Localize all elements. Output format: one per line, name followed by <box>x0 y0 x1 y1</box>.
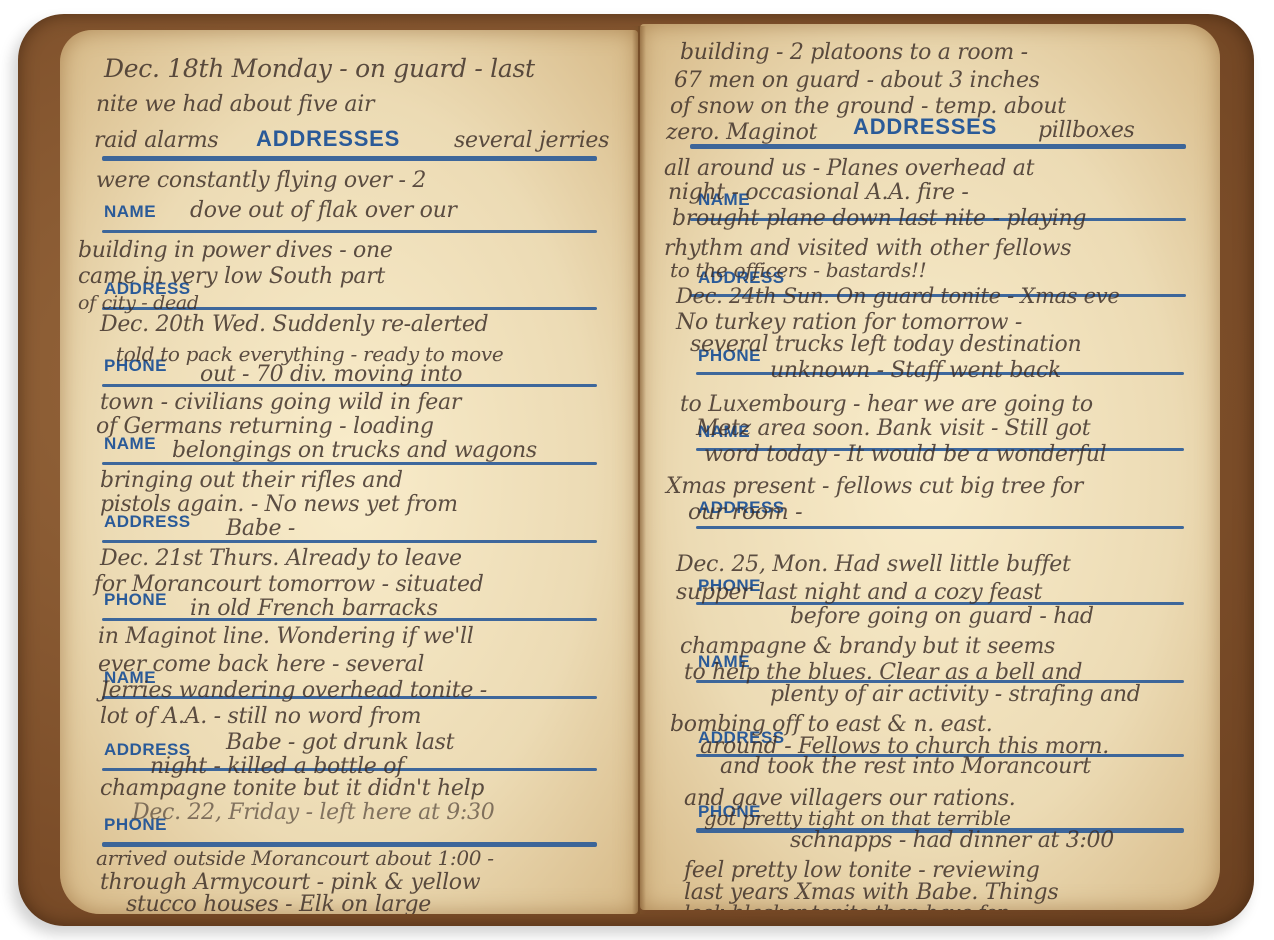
handwritten-line: our room - <box>688 502 802 524</box>
handwritten-line: Dec. 22, Friday - left here at 9:30 <box>132 802 494 824</box>
handwritten-line: through Armycourt - pink & yellow <box>100 872 480 894</box>
rule <box>696 526 1184 529</box>
handwritten-line: got pretty tight on that terrible <box>704 808 1011 828</box>
handwritten-line: look blacker tonite than have for <box>684 902 1006 910</box>
handwritten-line: Metz area soon. Bank visit - Still got <box>696 418 1090 440</box>
handwritten-line: belongings on trucks and wagons <box>172 440 537 462</box>
handwritten-line: rhythm and visited with other fellows <box>664 238 1071 260</box>
handwritten-line: bombing off to east & n. east. <box>670 714 992 736</box>
handwritten-line: supper last night and a cozy feast <box>676 582 1042 604</box>
handwritten-line: Dec. 21st Thurs. Already to leave <box>100 548 462 570</box>
handwritten-line: several trucks left today destination <box>690 334 1081 356</box>
handwritten-line: unknown - Staff went back <box>770 360 1061 382</box>
handwritten-line: raid alarms <box>94 130 218 152</box>
handwritten-line: Jerries wandering overhead tonite - <box>100 680 487 702</box>
handwritten-line: Babe - <box>226 518 295 540</box>
handwritten-line: arrived outside Morancourt about 1:00 - <box>96 848 494 868</box>
handwritten-line: night - killed a bottle of <box>150 756 404 778</box>
handwritten-line: in Maginot line. Wondering if we'll <box>98 626 474 648</box>
handwritten-line: Xmas present - fellows cut big tree for <box>666 476 1083 498</box>
handwritten-line: building - 2 platoons to a room - <box>680 42 1028 64</box>
handwritten-line: to help the blues. Clear as a bell and <box>684 662 1082 684</box>
handwritten-line: were constantly flying over - 2 <box>96 170 426 192</box>
handwritten-line: plenty of air activity - strafing and <box>770 684 1141 706</box>
handwritten-line: of city - dead <box>78 294 199 313</box>
handwritten-line: to the officers - bastards!! <box>670 260 926 280</box>
handwritten-line: brought plane down last nite - playing <box>672 208 1086 230</box>
handwritten-line: for Morancourt tomorrow - situated <box>94 574 483 596</box>
handwritten-line: Dec. 20th Wed. Suddenly re-alerted <box>100 314 488 336</box>
handwritten-line: ever come back here - several <box>98 654 424 676</box>
handwritten-line: of snow on the ground - temp. about <box>670 96 1066 118</box>
handwritten-line: bringing out their rifles and <box>100 470 403 492</box>
handwritten-line: to Luxembourg - hear we are going to <box>680 394 1093 416</box>
handwritten-line: champagne tonite but it didn't help <box>100 778 484 800</box>
handwritten-line: Dec. 18th Monday - on guard - last <box>104 56 535 81</box>
right-page: ADDRESSES NAME ADDRESS PHONE NAME ADDRES… <box>640 24 1220 910</box>
handwritten-line: dove out of flak over our <box>190 200 457 222</box>
handwritten-line: schnapps - had dinner at 3:00 <box>790 830 1114 852</box>
handwritten-line: came in very low South part <box>78 266 385 288</box>
handwritten-line: building in power dives - one <box>78 240 393 262</box>
handwritten-line: all around us - Planes overhead at <box>664 158 1034 180</box>
handwritten-line: 67 men on guard - about 3 inches <box>674 70 1040 92</box>
handwritten-line: word today - It would be a wonderful <box>704 444 1106 466</box>
rule <box>102 230 597 233</box>
book-spine-gutter <box>632 26 646 914</box>
handwritten-line: several jerries <box>454 130 609 152</box>
handwritten-line: of Germans returning - loading <box>96 416 434 438</box>
left-page: ADDRESSES NAME ADDRESS PHONE NAME ADDRES… <box>60 30 638 914</box>
handwritten-line: and took the rest into Morancourt <box>720 756 1091 778</box>
field-label-name: NAME <box>104 202 156 222</box>
handwritten-line: out - 70 div. moving into <box>200 364 462 386</box>
handwritten-line: before going on guard - had <box>790 606 1094 628</box>
handwritten-line: told to pack everything - ready to move <box>116 344 503 364</box>
handwritten-line: No turkey ration for tomorrow - <box>676 312 1022 334</box>
handwritten-line: pillboxes <box>1038 120 1135 142</box>
handwritten-line: feel pretty low tonite - reviewing <box>684 860 1040 882</box>
handwritten-line: champagne & brandy but it seems <box>680 636 1055 658</box>
handwritten-line: pistols again. - No news yet from <box>100 494 458 516</box>
handwritten-line: Dec. 24th Sun. On guard tonite - Xmas ev… <box>676 286 1119 307</box>
handwritten-line: Dec. 25, Mon. Had swell little buffet <box>676 554 1071 576</box>
handwritten-line: stucco houses - Elk on large <box>126 894 431 914</box>
handwritten-line: zero. Maginot <box>666 122 817 144</box>
handwritten-line: town - civilians going wild in fear <box>100 392 461 414</box>
handwritten-line: nite we had about five air <box>96 94 374 116</box>
handwritten-line: Babe - got drunk last <box>226 732 454 754</box>
rule <box>102 540 597 543</box>
handwritten-line: night - occasional A.A. fire - <box>668 182 969 204</box>
handwritten-line: in old French barracks <box>190 598 438 620</box>
handwritten-line: lot of A.A. - still no word from <box>100 706 421 728</box>
heading-addresses: ADDRESSES <box>256 126 400 152</box>
rule <box>102 156 597 161</box>
